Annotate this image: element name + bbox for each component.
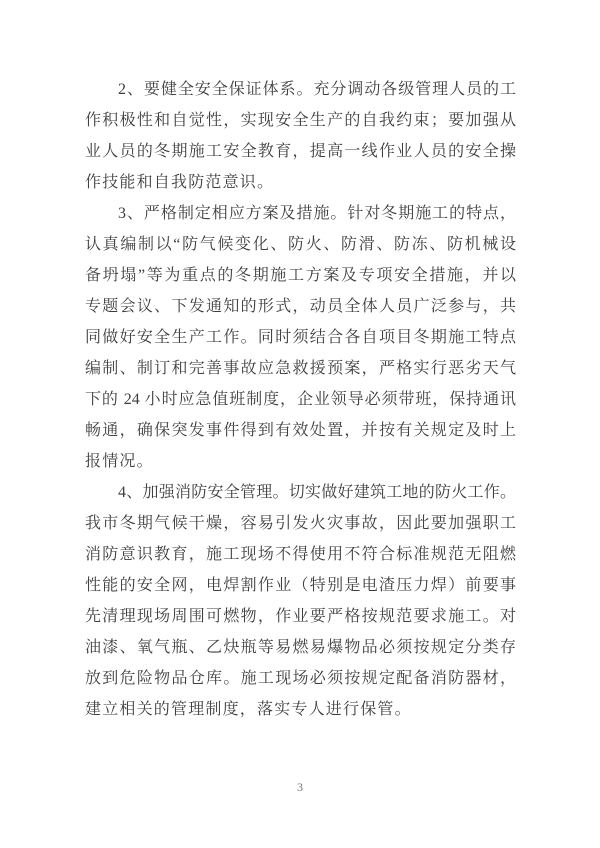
text-line: 先清理现场周围可燃物，作业要严格按规范要求施工。对 bbox=[85, 601, 516, 632]
text-line: 2、要健全安全保证体系。充分调动各级管理人员的工 bbox=[85, 74, 516, 105]
text-line: 3、严格制定相应方案及措施。针对冬期施工的特点， bbox=[85, 198, 516, 229]
text-line: 建立相关的管理制度，落实专人进行保管。 bbox=[85, 694, 516, 725]
text-line: 下的 24 小时应急值班制度，企业领导必须带班，保持通讯 bbox=[85, 384, 516, 415]
text-line: 消防意识教育，施工现场不得使用不符合标准规范无阻燃 bbox=[85, 539, 516, 570]
text-line: 畅通，确保突发事件得到有效处置，并按有关规定及时上 bbox=[85, 415, 516, 446]
text-line: 性能的安全网，电焊割作业（特别是电渣压力焊）前要事 bbox=[85, 570, 516, 601]
text-line: 编制、制订和完善事故应急救援预案，严格实行恶劣天气 bbox=[85, 353, 516, 384]
text-line: 作积极性和自觉性，实现安全生产的自我约束；要加强从 bbox=[85, 105, 516, 136]
text-line: 业人员的冬期施工安全教育，提高一线作业人员的安全操 bbox=[85, 136, 516, 167]
text-line: 4、加强消防安全管理。切实做好建筑工地的防火工作。 bbox=[85, 477, 516, 508]
text-line: 放到危险物品仓库。施工现场必须按规定配备消防器材， bbox=[85, 663, 516, 694]
text-line: 专题会议、下发通知的形式，动员全体人员广泛参与，共 bbox=[85, 291, 516, 322]
text-line: 油漆、氧气瓶、乙炔瓶等易燃易爆物品必须按规定分类存 bbox=[85, 632, 516, 663]
document-page: 2、要健全安全保证体系。充分调动各级管理人员的工作积极性和自觉性，实现安全生产的… bbox=[0, 0, 600, 848]
text-line: 作技能和自我防范意识。 bbox=[85, 167, 516, 198]
text-line: 同做好安全生产工作。同时须结合各自项目冬期施工特点 bbox=[85, 322, 516, 353]
page-number: 3 bbox=[0, 780, 600, 794]
text-line: 认真编制以“防气候变化、防火、防滑、防冻、防机械设 bbox=[85, 229, 516, 260]
text-line: 我市冬期气候干燥，容易引发火灾事故，因此要加强职工 bbox=[85, 508, 516, 539]
text-line: 备坍塌”等为重点的冬期施工方案及专项安全措施，并以 bbox=[85, 260, 516, 291]
text-line: 报情况。 bbox=[85, 446, 516, 477]
document-body: 2、要健全安全保证体系。充分调动各级管理人员的工作积极性和自觉性，实现安全生产的… bbox=[85, 74, 516, 725]
